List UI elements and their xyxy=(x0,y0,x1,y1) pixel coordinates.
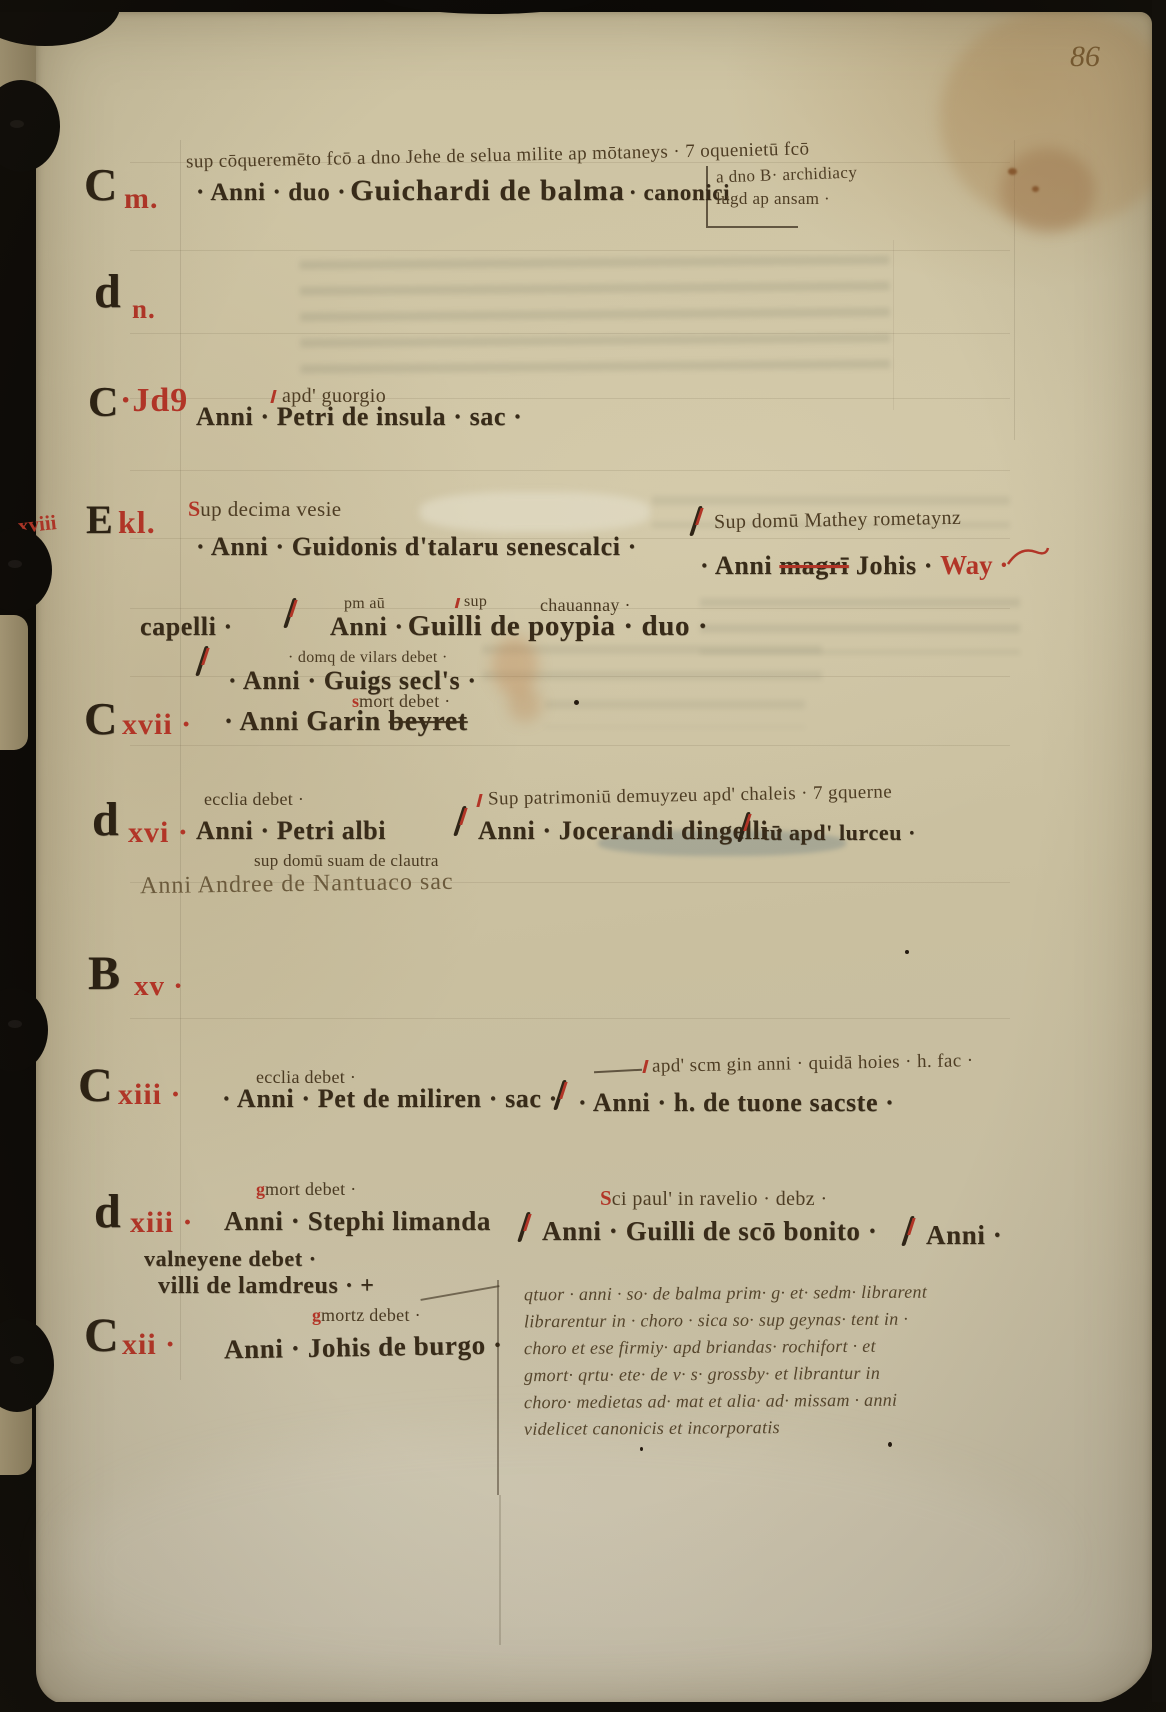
paraph-mark xyxy=(194,646,210,676)
paraph-mark xyxy=(452,806,468,836)
entry4-right-struck: magrī xyxy=(779,551,848,580)
entry11-il-initial: g xyxy=(256,1179,265,1199)
manuscript-photo: 86 sup cōqueremēto fcō a dno Jehe de sel… xyxy=(0,0,1166,1712)
entry8-margin-numeral: xvi · xyxy=(128,818,189,848)
folio-number: 86 xyxy=(1070,42,1100,72)
showthrough-text xyxy=(545,700,805,728)
entry11-il-rest: mort debet · xyxy=(265,1179,357,1199)
vellum-tab xyxy=(0,615,28,750)
ruled-line xyxy=(130,470,1010,471)
ruled-line xyxy=(893,240,894,410)
ink-speck xyxy=(1008,168,1017,175)
photo-edge xyxy=(0,1702,1166,1712)
entry7-main-struck: beyret xyxy=(388,706,467,737)
entry7-main-name: Garin xyxy=(306,706,388,737)
entry10-margin-initial: C xyxy=(78,1062,113,1110)
entry12-line: gmort· qrtu· ete· de v· s· grossby· et l… xyxy=(524,1364,880,1384)
entry12-line: choro et ese firmiy· apd briandas· rochi… xyxy=(524,1337,876,1357)
entry4-right-mid: Johis · xyxy=(849,551,940,580)
entry4-margin-numeral: kl. xyxy=(118,506,156,538)
entry4-right-pre: · Anni xyxy=(700,551,779,580)
entry10-main1: · Anni · Pet de miliren · sac · xyxy=(222,1086,558,1112)
crease-line xyxy=(497,1280,499,1495)
entry12-line: choro· medietas ad· mat et alia· ad· mis… xyxy=(524,1391,897,1412)
entry3-main: Anni · Petri de insula · sac · xyxy=(196,404,522,430)
entry2-margin-initial: d xyxy=(94,268,121,316)
entry7-main-pre: · Anni xyxy=(224,706,306,736)
entry8-main1: Anni · Petri albi xyxy=(196,818,386,844)
paraph-mark xyxy=(900,1216,916,1246)
sewing-thread xyxy=(8,1020,22,1028)
note-bracket xyxy=(706,166,708,226)
sewing-thread xyxy=(8,560,22,568)
ink-speck xyxy=(905,950,909,954)
paraph-mark xyxy=(736,812,752,842)
paraph-mark xyxy=(516,1212,532,1242)
entry1-main-name: Guichardi de balma xyxy=(350,174,625,207)
entry1-margin-initial: C xyxy=(84,162,117,208)
stain xyxy=(492,636,538,696)
entry7-margin-numeral: xvii · xyxy=(122,710,192,740)
ruled-line xyxy=(180,140,181,1380)
ruled-line xyxy=(130,250,1010,251)
crease-line xyxy=(499,1495,501,1645)
entry13-margin-initial: C xyxy=(84,1312,119,1360)
entry5-main-name: Guilli de poypia · duo · xyxy=(408,610,708,642)
sewing-thread xyxy=(10,1356,24,1364)
paraph-mark xyxy=(688,506,704,536)
entry4-header-initial: S xyxy=(188,496,200,521)
entry1-margin-numeral: m. xyxy=(124,184,159,214)
paraph-mark xyxy=(552,1080,568,1110)
entry4-right-header: Sup domū Mathey rometaynz xyxy=(714,508,961,532)
entry4-margin-initial: E xyxy=(86,500,113,540)
entry13-margin-numeral: xii · xyxy=(122,1330,176,1360)
entry5-label: capelli · xyxy=(140,614,233,640)
entry11-right-header-initial: S xyxy=(600,1186,612,1210)
entry11-right2: Anni · xyxy=(926,1222,1002,1249)
entry11-line2: valneyene debet · xyxy=(144,1248,317,1270)
sewing-thread xyxy=(10,120,24,128)
ink-speck xyxy=(1032,186,1039,192)
entry5-interlinear1: pm aū xyxy=(344,596,385,612)
showthrough-text xyxy=(299,255,890,378)
entry4-right-red: Way · xyxy=(940,550,1008,580)
ink-speck xyxy=(640,1447,643,1451)
ink-speck xyxy=(888,1442,892,1447)
entry12-line: videlicet canonicis et incorporatis xyxy=(524,1418,780,1438)
entry12-line: librarentur in · choro · sica so· sup ge… xyxy=(524,1310,908,1331)
entry8-margin-initial: d xyxy=(92,796,119,844)
entry10-margin-numeral: xiii · xyxy=(118,1080,182,1110)
entry11-margin-initial: d xyxy=(94,1188,121,1236)
entry3-margin-numeral: ·Jd9 xyxy=(120,384,188,418)
entry11-line3: villi de lamdreus · + xyxy=(158,1274,375,1298)
entry4-header-rest: up decima vesie xyxy=(200,497,341,521)
entry4-main: · Anni · Guidonis d'talaru senescalci · xyxy=(196,534,637,560)
entry8-il-left: ecclia debet · xyxy=(204,790,304,808)
entry5-main-pre: Anni · xyxy=(330,612,404,641)
note-bracket xyxy=(706,226,798,228)
entry11-right-header-rest: ci paul' in ravelio · debz · xyxy=(612,1188,828,1210)
entry1-note-line1: a dno B· archidiacy xyxy=(716,164,858,186)
red-flourish-icon xyxy=(1006,544,1050,574)
entry11-main1: Anni · Stephi limanda xyxy=(224,1208,491,1235)
entry13-main: Anni · Johis de burgo · xyxy=(224,1332,503,1364)
entry6-interlinear: · domq de vilars debet · xyxy=(288,650,448,666)
erased-text xyxy=(420,492,650,532)
ink-speck xyxy=(574,700,579,705)
photo-edge xyxy=(1152,0,1166,1712)
entry13-il-rest: mortz debet · xyxy=(321,1305,421,1325)
entry8-line2: Anni Andree de Nantuaco sac xyxy=(140,870,454,898)
entry1-note-line2: lugd ap ansam · xyxy=(716,190,830,207)
entry1-main-post: · canonici xyxy=(629,180,730,205)
entry12-line: qtuor · anni · so· de balma prim· g· et·… xyxy=(524,1283,927,1304)
ruled-line xyxy=(130,1018,1010,1019)
entry13-il-initial: g xyxy=(312,1305,321,1325)
entry8-main3: tū apd' lurceu · xyxy=(762,822,916,844)
entry1-main-pre: · Anni · duo · xyxy=(196,179,346,206)
stain xyxy=(508,688,542,722)
paraph-mark xyxy=(282,598,298,628)
entry11-right1: Anni · Guilli de scō bonito · xyxy=(542,1218,877,1245)
entry11-margin-numeral: xiii · xyxy=(130,1208,194,1238)
ruled-line xyxy=(130,398,1010,399)
entry10-main2: · Anni · h. de tuone sacste · xyxy=(578,1090,894,1116)
entry8-il2: sup domū suam de clautra xyxy=(254,852,439,869)
entry3-margin-initial: C xyxy=(88,382,118,424)
entry5-interlinear2: sup xyxy=(464,594,487,610)
entry9-margin-initial: B xyxy=(88,950,120,998)
stain xyxy=(1000,148,1095,233)
entry9-margin-numeral: xv · xyxy=(134,972,184,1001)
entry7-margin-initial: C xyxy=(84,696,117,742)
entry2-margin-numeral: n. xyxy=(132,296,156,323)
ruled-line xyxy=(130,745,1010,746)
damp-stain xyxy=(60,1430,1060,1690)
